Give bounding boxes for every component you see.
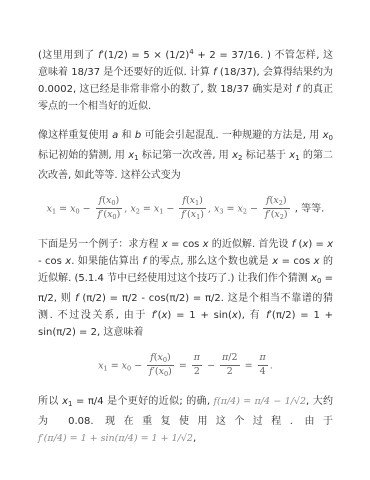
text-segment: 和 [118, 130, 135, 141]
text-segment: ) [283, 195, 287, 206]
paragraph-repeat-process: 所以 x1 = π/4 是个更好的近似; 的确, f(π/4) = π/4 − … [38, 393, 333, 447]
fraction-denominator: f′(x1) [179, 209, 206, 221]
text-segment: , 等等. [292, 203, 325, 214]
fraction-denominator: f′(x0) [96, 209, 123, 221]
text-segment: π [194, 352, 200, 363]
text-segment: 2 [194, 366, 200, 377]
fraction-numerator: π [258, 353, 268, 366]
display-formula-iteration: x1 = x0 − f(x0)f′(x0), x2 = x1 − f(x1)f′… [38, 196, 333, 222]
text-segment: . 如果能估算出 [71, 256, 142, 267]
text-segment: 的零点, 那么这个数也就是 [146, 256, 272, 267]
text-segment: 2 [227, 366, 233, 377]
text-segment: 的近似解. 首先设 [209, 239, 292, 250]
text-segment: 标记第一次改善, 用 [139, 150, 232, 161]
fraction-denominator: 2 [192, 366, 202, 378]
text-segment: 下面是另一个例子：求方程 [38, 239, 162, 250]
text-segment: (这里用到了 [38, 50, 98, 61]
text-segment: 标记初始的猜测, 用 [38, 150, 128, 161]
text-segment: ) = [308, 239, 327, 250]
text-segment: = cos [168, 239, 203, 250]
fraction-denominator: f′(x0) [147, 366, 174, 378]
text-segment: ) [115, 195, 119, 206]
fraction: π2 [192, 353, 202, 378]
text-segment: = [140, 203, 154, 214]
text-segment: π [260, 352, 266, 363]
text-segment: ) [200, 209, 204, 220]
paragraph-newton-18-37: (这里用到了 f′(1/2) = 5 × (1/2)4 + 2 = 37/16.… [38, 44, 333, 115]
text-segment: = [242, 360, 256, 371]
text-segment: x [327, 239, 333, 250]
paragraph-cos-example: 下面是另一个例子：求方程 x = cos x 的近似解. 首先设 f (x) =… [38, 236, 333, 341]
text-segment: = [56, 203, 70, 214]
text-segment: − [131, 360, 145, 371]
text-segment: = [108, 360, 122, 371]
text-segment: ′(1/2) = 5 × (1/2) [102, 50, 190, 61]
fraction: f(x0)f′(x0) [147, 353, 174, 379]
display-formula-pi-over-4: x1 = x0 − f(x0)f′(x0) = π2 − π/22 = π4. [38, 353, 333, 379]
fraction-numerator: π/2 [220, 353, 240, 366]
fraction: f(x0)f′(x0) [96, 196, 123, 222]
fraction-numerator: f(x2) [263, 196, 290, 209]
text-segment: = cos [278, 256, 313, 267]
text-segment: f′(π/4) = 1 + sin(π/4) = 1 + 1/√2 [38, 433, 193, 444]
text-segment: , [193, 433, 196, 444]
fraction-numerator: f(x1) [179, 196, 206, 209]
text-segment: = π/4 是个更好的近似; 的确, [73, 396, 214, 407]
fraction: π/22 [220, 353, 240, 378]
text-segment: - cos [38, 256, 65, 267]
text-segment: /2 [228, 352, 237, 363]
fraction-numerator: π [192, 353, 202, 366]
text-segment: = [224, 203, 238, 214]
text-segment: − [163, 203, 177, 214]
paragraph-notation-x0-x1-x2: 像这样重复使用 a 和 b 可能会引起混乱. 一种规避的方法是, 用 x0 标记… [38, 127, 333, 184]
text-segment: ) [167, 352, 171, 363]
text-segment: − [247, 203, 261, 214]
text-segment: 可能会引起混乱. 一种规避的方法是, 用 [141, 130, 322, 141]
text-segment: − [80, 203, 94, 214]
fraction-denominator: f′(x2) [263, 209, 290, 221]
text-segment: 像这样重复使用 [38, 130, 112, 141]
fraction-numerator: f(x0) [96, 196, 123, 209]
document-page: (这里用到了 f′(1/2) = 5 × (1/2)4 + 2 = 37/16.… [0, 0, 370, 480]
text-segment: 所以 [38, 396, 62, 407]
text-segment: ) = 1 + sin( [167, 310, 231, 321]
text-segment: − [204, 360, 218, 371]
fraction-numerator: f(x0) [147, 353, 174, 366]
fraction-denominator: 2 [220, 366, 240, 378]
fraction: π4 [258, 353, 268, 378]
text-segment: ), 有 [238, 310, 266, 321]
text-segment: ) [284, 209, 288, 220]
text-segment: ) [168, 366, 172, 377]
fraction: f(x1)f′(x1) [179, 196, 206, 222]
text-segment: ) [199, 195, 203, 206]
fraction-denominator: 4 [258, 366, 268, 378]
text-segment: = [176, 360, 190, 371]
text-segment: 标记基于 [242, 150, 289, 161]
text-segment: . [270, 360, 273, 371]
fraction: f(x2)f′(x2) [263, 196, 290, 222]
text-segment: 0 [329, 134, 333, 142]
text-segment: ) [117, 209, 121, 220]
text-segment: 4 [260, 366, 266, 377]
text-segment: f(π/4) = π/4 − 1/√2 [214, 396, 307, 407]
